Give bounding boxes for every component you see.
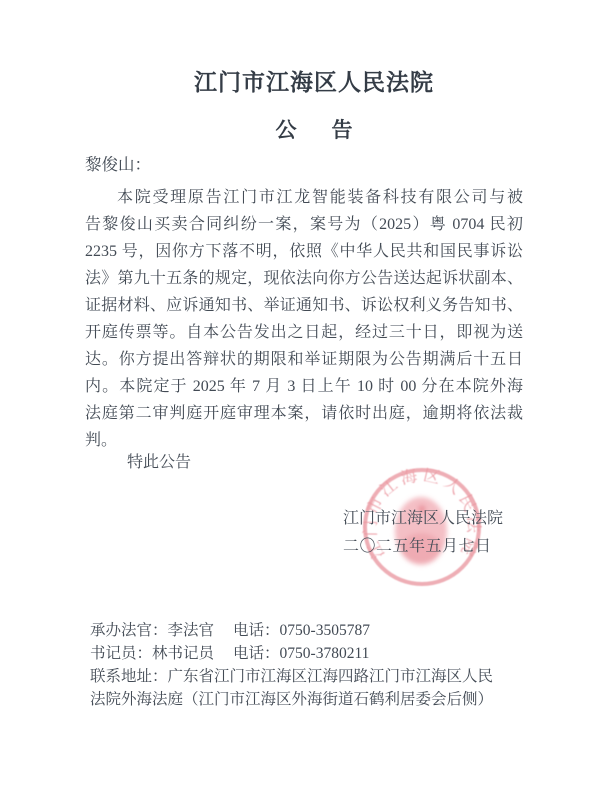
judge-label: 承办法官： [90,622,168,639]
clerk-phone-label: 电话： [233,645,280,662]
body-line: 法庭第二审判庭开庭审理本案，请依时出庭，逾期将依法裁 [85,400,523,427]
judge-name: 李法官 [168,622,215,639]
signature-block: 江门市江海区人民法院 二〇二五年五月七日 [343,505,503,561]
judge-phone-label: 电话： [233,622,280,639]
body-line: 法》第九十五条的规定，现依法向你方公告送达起诉状副本、 [85,265,523,292]
clerk-contact-line: 书记员：林书记员电话：0750-3780211 [90,642,540,665]
closing-statement: 特此公告 [127,453,191,473]
addressee: 黎俊山： [85,155,151,175]
body-line: 内。本院定于 2025 年 7 月 3 日上午 10 时 00 分在本院外海 [85,373,523,400]
clerk-name: 林书记员 [152,645,214,662]
address-text-2: 法院外海法庭（江门市江海区外海街道石鹤利居委会后侧） [90,691,493,708]
contact-info: 承办法官：李法官电话：0750-3505787 书记员：林书记员电话：0750-… [90,619,540,711]
notice-body: 本院受理原告江门市江龙智能装备科技有限公司与被 告黎俊山买卖合同纠纷一案，案号为… [85,184,523,454]
clerk-phone: 0750-3780211 [280,645,370,662]
address-line-2: 法院外海法庭（江门市江海区外海街道石鹤利居委会后侧） [90,688,540,711]
address-text-1: 广东省江门市江海区江海四路江门市江海区人民 [168,668,494,685]
body-line: 告黎俊山买卖合同纠纷一案，案号为（2025）粤 0704 民初 [85,211,523,238]
body-line: 判。 [85,427,523,454]
address-label: 联系地址： [90,668,168,685]
court-name-title: 江门市江海区人民法院 [88,70,540,96]
address-line-1: 联系地址：广东省江门市江海区江海四路江门市江海区人民 [90,665,540,688]
signature-date: 二〇二五年五月七日 [343,533,503,561]
judge-contact-line: 承办法官：李法官电话：0750-3505787 [90,619,540,642]
judge-phone: 0750-3505787 [280,622,370,639]
body-line: 2235 号，因你方下落不明，依照《中华人民共和国民事诉讼 [85,238,523,265]
document-header: 江门市江海区人民法院 公 告 [88,70,540,142]
body-line: 开庭传票等。自本公告发出之日起，经过三十日，即视为送 [85,319,523,346]
body-line: 证据材料、应诉通知书、举证通知书、诉讼权利义务告知书、 [85,292,523,319]
court-notice-document: 江门市江海区人民法院 公 告 黎俊山： 本院受理原告江门市江龙智能装备科技有限公… [0,0,600,800]
body-line: 达。你方提出答辩状的期限和举证期限为公告期满后十五日 [85,346,523,373]
signature-court-name: 江门市江海区人民法院 [343,505,503,533]
body-line: 本院受理原告江门市江龙智能装备科技有限公司与被 [85,184,523,211]
document-title: 公 告 [88,118,540,142]
clerk-label: 书记员： [90,645,152,662]
